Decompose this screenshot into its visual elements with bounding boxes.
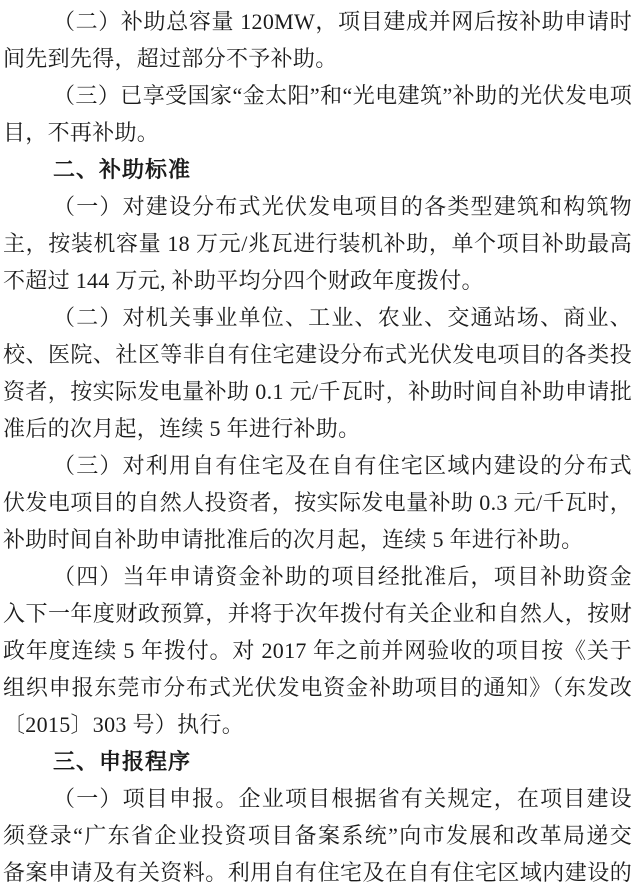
section-heading: 二、补助标准	[3, 151, 632, 188]
text-line: 补助时间自补助申请批准后的次月起，连续 5 年进行补助。	[3, 521, 632, 558]
text-line: 政年度连续 5 年拨付。对 2017 年之前并网验收的项目按《关于	[3, 632, 632, 669]
text-line: 入下一年度财政预算，并将于次年拨付有关企业和自然人，按财	[3, 595, 632, 632]
text-line: 间先到先得，超过部分不予补助。	[3, 40, 632, 77]
text-line: （四）当年申请资金补助的项目经批准后，项目补助资金纳	[3, 558, 632, 595]
text-line: 准后的次月起，连续 5 年进行补助。	[3, 410, 632, 447]
section-heading: 三、申报程序	[3, 743, 632, 780]
text-line: 目，不再补助。	[3, 114, 632, 151]
text-line: 备案申请及有关资料。利用自有住宅及在自有住宅区域内建设的	[3, 854, 632, 891]
text-line: （二）对机关事业单位、工业、农业、交通站场、商业、学	[3, 299, 632, 336]
text-line: 校、医院、社区等非自有住宅建设分布式光伏发电项目的各类投	[3, 336, 632, 373]
text-line: （三）已享受国家“金太阳”和“光电建筑”补助的光伏发电项	[3, 77, 632, 114]
text-line: 须登录“广东省企业投资项目备案系统”向市发展和改革局递交	[3, 817, 632, 854]
text-line: 组织申报东莞市分布式光伏发电资金补助项目的通知》（东发改	[3, 669, 632, 706]
document-page: （二）补助总容量 120MW，项目建成并网后按补助申请时 间先到先得，超过部分不…	[0, 0, 642, 892]
text-line: （三）对利用自有住宅及在自有住宅区域内建设的分布式光	[3, 447, 632, 484]
text-line: （一）项目申报。企业项目根据省有关规定，在项目建设前	[3, 780, 632, 817]
text-line: （二）补助总容量 120MW，项目建成并网后按补助申请时	[3, 3, 632, 40]
text-line: 不超过 144 万元, 补助平均分四个财政年度拨付。	[3, 262, 632, 299]
text-line: （一）对建设分布式光伏发电项目的各类型建筑和构筑物业	[3, 188, 632, 225]
text-line: 伏发电项目的自然人投资者，按实际发电量补助 0.3 元/千瓦时，	[3, 484, 632, 521]
text-line: 资者，按实际发电量补助 0.1 元/千瓦时，补助时间自补助申请批	[3, 373, 632, 410]
text-line: 主，按装机容量 18 万元/兆瓦进行装机补助，单个项目补助最高	[3, 225, 632, 262]
text-line: 〔2015〕303 号）执行。	[3, 706, 632, 743]
